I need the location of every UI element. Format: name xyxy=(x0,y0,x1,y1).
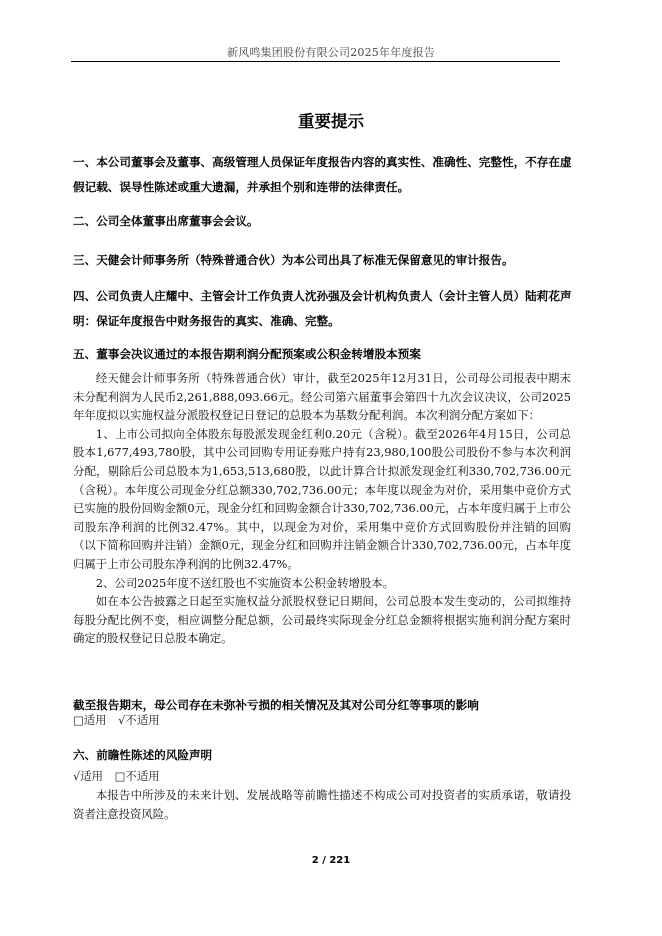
statement-two: 二、公司全体董事出席董事会会议。 xyxy=(73,209,573,234)
uncovered-loss-options: □适用 √不适用 xyxy=(73,712,168,728)
forward-looking-options: √适用 □不适用 xyxy=(73,768,168,784)
statement-three: 三、天健会计师事务所（特殊普通合伙）为本公司出具了标准无保留意见的审计报告。 xyxy=(73,248,573,273)
risk-statement-body: 本报告中所涉及的未来计划、发展战略等前瞻性描述不构成公司对投资者的实质承诺，敬请… xyxy=(73,786,571,823)
dividend-plan-item-1: 1、上市公司拟向全体股东每股派发现金红利0.20元（含税）。截至2026年4月1… xyxy=(73,425,571,574)
option-not-applicable-checked: √不适用 xyxy=(118,713,159,727)
risk-statement-paragraph: 本报告中所涉及的未来计划、发展战略等前瞻性描述不构成公司对投资者的实质承诺，敬请… xyxy=(73,786,571,823)
share-change-paragraph: 如在本公告披露之日起至实施权益分派股权登记日期间，公司总股本发生变动的，公司拟维… xyxy=(73,592,571,648)
section-six-heading: 六、前瞻性陈述的风险声明 xyxy=(73,747,573,763)
section-five-heading: 五、董事会决议通过的本报告期利润分配预案或公积金转增股本预案 xyxy=(73,346,573,362)
profit-distribution-body: 经天健会计师事务所（特殊普通合伙）审计，截至2025年12月31日，公司母公司报… xyxy=(73,369,571,648)
document-page: 新风鸣集团股份有限公司2025年年度报告 重要提示 一、本公司董事会及董事、高级… xyxy=(0,0,662,936)
option-applicable-unchecked: □适用 xyxy=(73,713,107,727)
page-title: 重要提示 xyxy=(0,108,662,132)
statement-four: 四、公司负责人庄耀中、主管会计工作负责人沈孙强及会计机构负责人（会计主管人员）陆… xyxy=(73,284,573,334)
header-divider xyxy=(71,61,560,62)
option-applicable-checked: √适用 xyxy=(73,769,103,783)
option-not-applicable-unchecked: □不适用 xyxy=(115,769,160,783)
uncovered-loss-heading: 截至报告期末，母公司存在未弥补亏损的相关情况及其对公司分红等事项的影响 xyxy=(73,697,573,713)
running-header: 新风鸣集团股份有限公司2025年年度报告 xyxy=(0,44,662,60)
audit-paragraph: 经天健会计师事务所（特殊普通合伙）审计，截至2025年12月31日，公司母公司报… xyxy=(73,369,571,425)
statement-one: 一、本公司董事会及董事、高级管理人员保证年度报告内容的真实性、准确性、完整性，不… xyxy=(73,150,573,200)
dividend-plan-item-2: 2、公司2025年度不送红股也不实施资本公积金转增股本。 xyxy=(73,574,571,593)
page-number: 2 / 221 xyxy=(0,855,662,866)
